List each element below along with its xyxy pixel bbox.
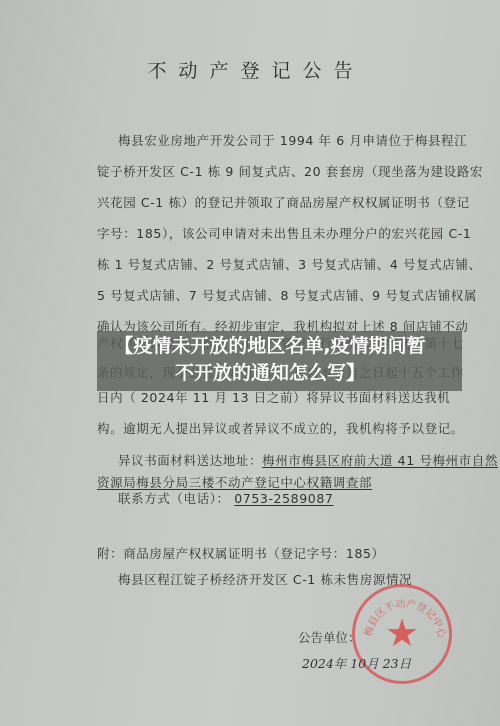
contact-label: 联系方式（电话）： bbox=[118, 491, 230, 506]
objection-address-label: 异议书面材料送达地址： bbox=[118, 453, 262, 468]
notice-date: 2024年 10月 23日 bbox=[302, 654, 411, 672]
paragraph-line: 梅县宏业房地产开发公司于 1994 年 6 月申请位于梅县程江 bbox=[118, 131, 467, 149]
objection-address: 异议书面材料送达地址：梅州市梅县区府前大道 41 号梅州市自然 bbox=[118, 451, 498, 469]
paragraph-line: 栋 1 号复式店铺、2 号复式店铺、3 号复式店铺、4 号复式店铺、 bbox=[97, 255, 482, 273]
article-title-overlay: 【疫情未开放的地区名单,疫情期间暂 不开放的通知怎么写】 bbox=[90, 333, 450, 387]
paragraph-line: 5 号复式店铺、7 号复式店铺、8 号复式店铺、9 号复式店铺权属 bbox=[97, 286, 477, 304]
paragraph-line: 构。逾期无人提出异议或者异议不成立的，我机构将予以登记。 bbox=[97, 419, 464, 437]
contact-phone: 0753-2589087 bbox=[234, 491, 333, 506]
signer-label: 公告单位： bbox=[298, 628, 361, 646]
overlay-title-line-2: 不开放的通知怎么写】 bbox=[90, 360, 450, 387]
star-icon: ★ bbox=[385, 611, 419, 655]
document-title: 不动产登记公告 bbox=[0, 56, 500, 83]
overlay-title-line-1: 【疫情未开放的地区名单,疫情期间暂 bbox=[90, 333, 450, 360]
paragraph-line: 字号：185），该公司申请对未出售且未办理分户的宏兴花园 C-1 bbox=[97, 224, 471, 242]
contact-info: 联系方式（电话）： 0753-2589087 bbox=[118, 489, 333, 507]
paragraph-line: 锭子桥开发区 C-1 栋 9 间复式店、20 套套房（现坐落为建设路宏 bbox=[97, 162, 483, 180]
attachment-line: 附：商品房屋产权权属证明书（登记字号：185） bbox=[97, 544, 385, 562]
attachment-subline: 梅县区程江锭子桥经济开发区 C-1 栋未售房源情况 bbox=[118, 570, 412, 588]
paragraph-line: 兴花园 C-1 栋）的登记并领取了商品房屋产权权属证明书（登记 bbox=[97, 193, 470, 211]
objection-address-value: 梅州市梅县区府前大道 41 号梅州市自然 bbox=[262, 453, 498, 468]
